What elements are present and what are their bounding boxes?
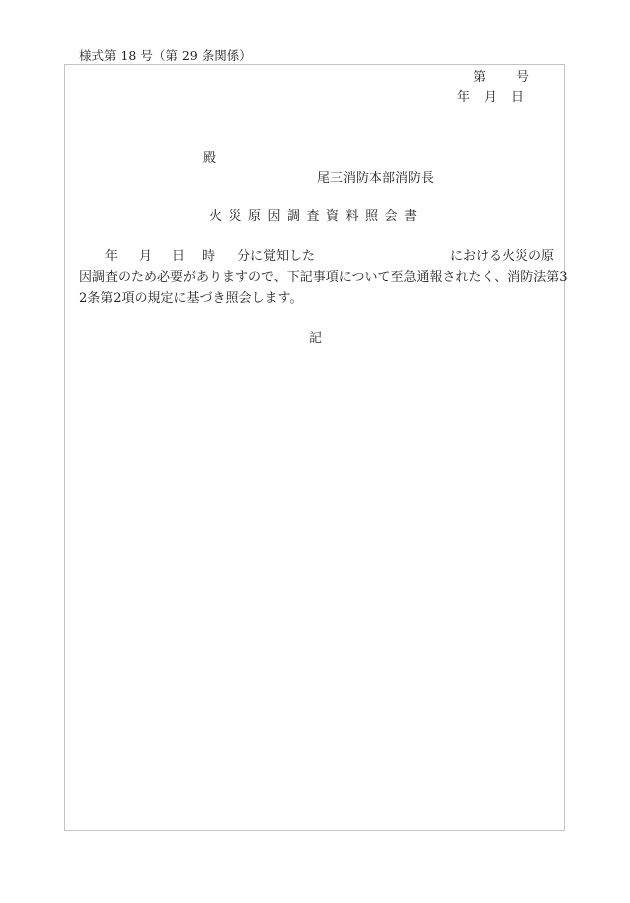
date-year: 年 (457, 90, 470, 105)
number-prefix: 第 (473, 70, 486, 85)
body-line-3: 2条第2項の規定に基づき照会します。 (79, 291, 303, 307)
page-title: 火災原因調査資料照会書 (209, 209, 424, 225)
addressee-honorific: 殿 (203, 151, 216, 167)
document-date: 年月日 (457, 90, 524, 106)
number-suffix: 号 (516, 70, 529, 85)
ki-heading: 記 (309, 331, 322, 347)
sender-name: 尾三消防本部消防長 (317, 171, 434, 187)
document-number: 第号 (473, 70, 529, 86)
document-frame (64, 64, 565, 831)
body-line-2: 因調査のため必要がありますので、下記事項について至急通報されたく、消防法第3 (79, 270, 568, 286)
body-month: 月 (139, 249, 152, 265)
body-minute-text: 分に覚知した (237, 249, 315, 265)
body-year: 年 (105, 249, 118, 265)
form-number-label: 様式第 18 号（第 29 条関係） (79, 48, 252, 64)
date-day: 日 (511, 90, 524, 105)
body-location-text: における火災の原 (450, 249, 554, 265)
body-hour: 時 (202, 249, 215, 265)
date-month: 月 (484, 90, 497, 105)
body-day: 日 (172, 249, 185, 265)
